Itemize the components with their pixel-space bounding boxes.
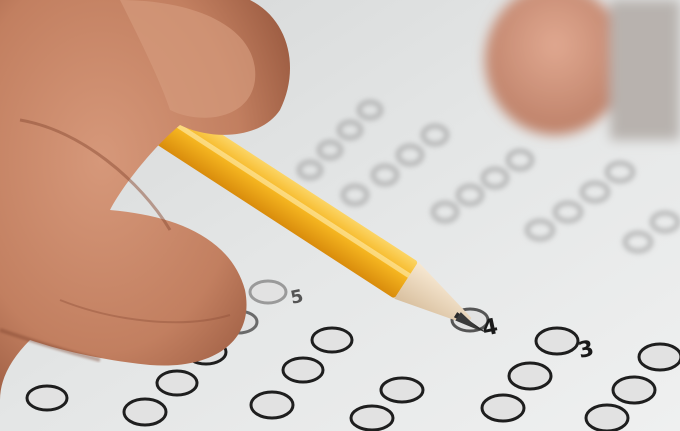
blurred-finger [485, 0, 680, 140]
photo-illustration: 4 3 5 [0, 0, 680, 431]
photo-scene: 4 3 5 [0, 0, 680, 431]
